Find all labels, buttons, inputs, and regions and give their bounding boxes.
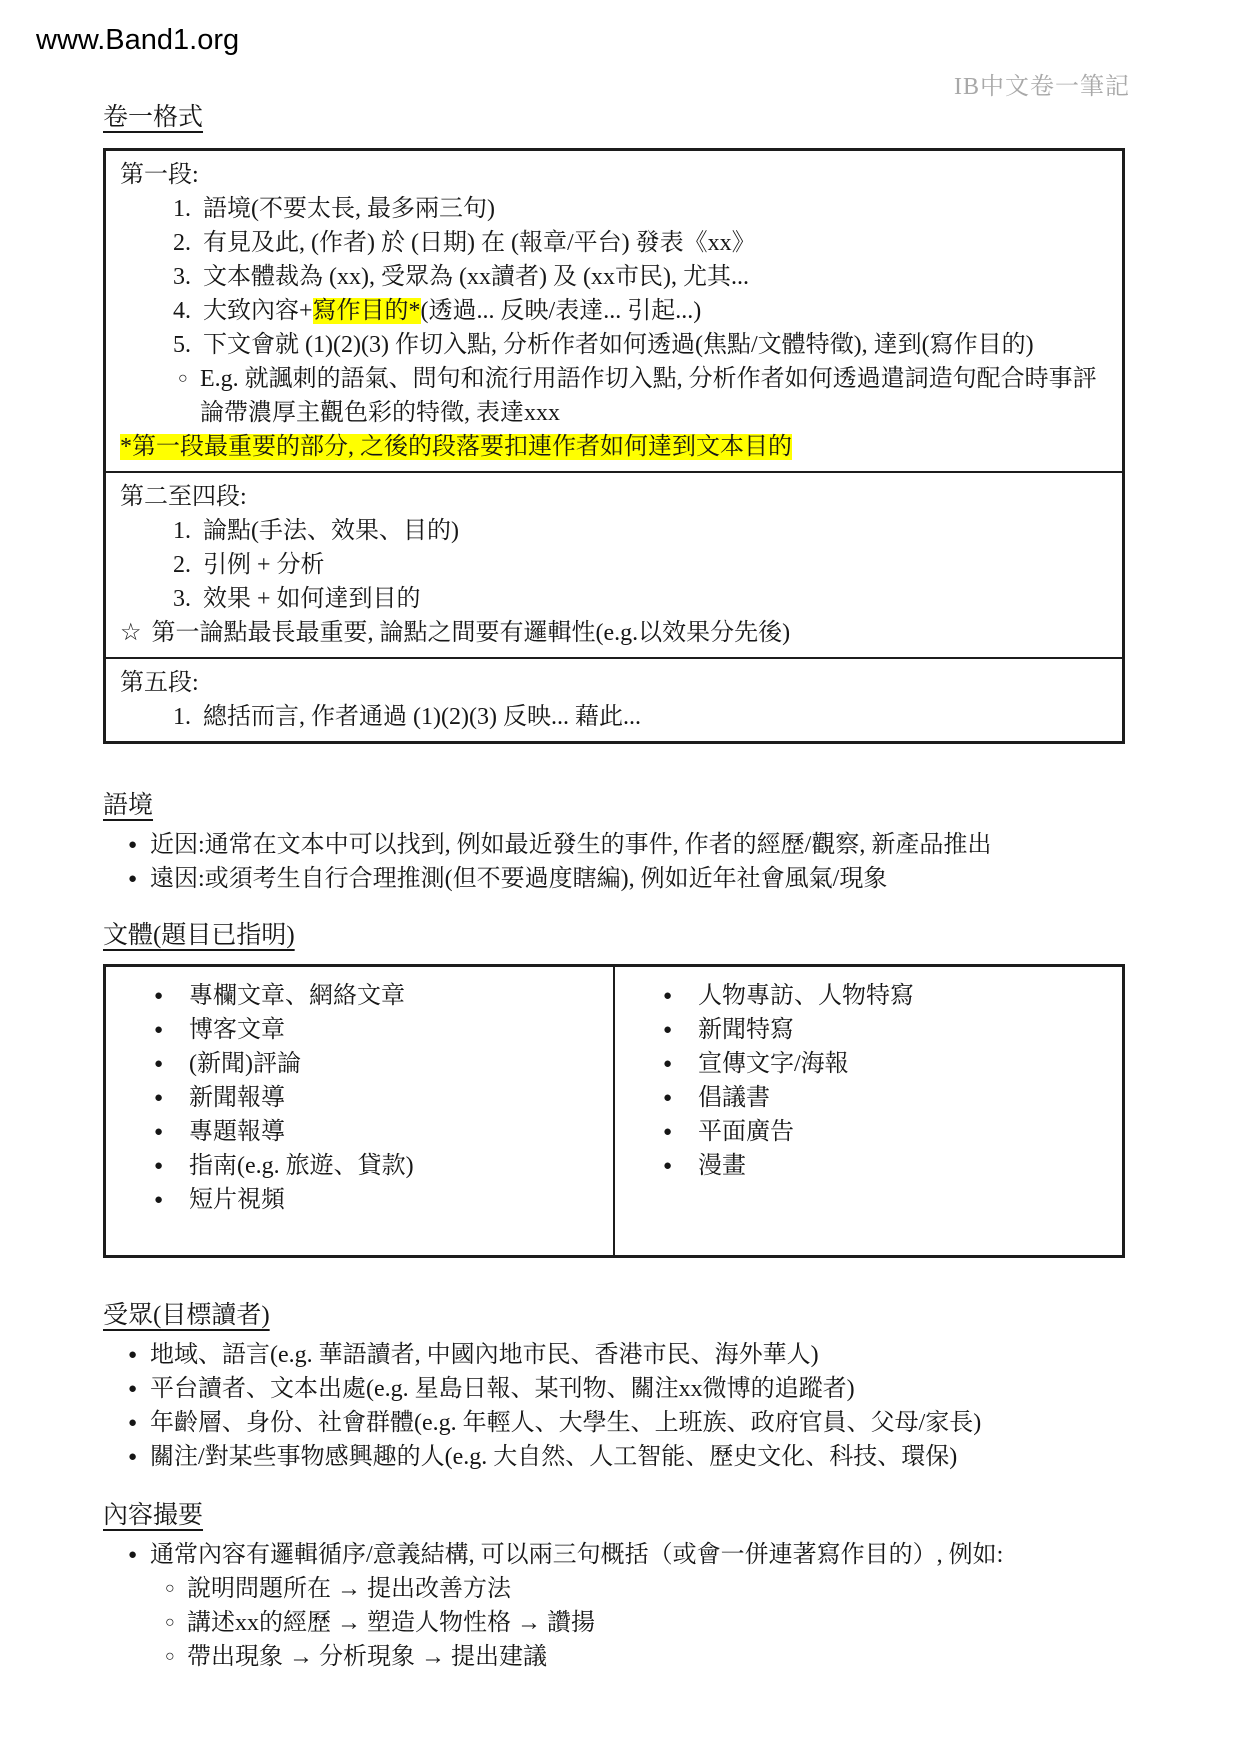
section-heading-format: 卷一格式 <box>103 100 203 135</box>
dot-bullet-icon <box>663 1047 698 1081</box>
document-page: www.Band1.org IB中文卷一筆記 卷一格式 第一段: 1. 語境(不… <box>0 0 1240 1754</box>
format-outline-boxes: 第一段: 1. 語境(不要太長, 最多兩三句) 2. 有見及此, (作者) 於 … <box>103 148 1125 744</box>
bullet-item: (新聞)評論 <box>106 1047 613 1081</box>
dot-bullet-icon <box>128 1440 150 1474</box>
list-item: 1. 語境(不要太長, 最多兩三句) <box>120 192 1108 226</box>
sub-bullet-item: 說明問題所在 → 提出改善方法 <box>103 1572 1125 1606</box>
bullet-text: 遠因:或須考生自行合理推測(但不要過度瞎編), 例如近年社會風氣/現象 <box>150 862 1125 896</box>
list-text-prefix: 大致內容+ <box>203 298 313 324</box>
bullet-text: 短片視頻 <box>189 1183 613 1217</box>
dot-bullet-icon <box>154 1013 189 1047</box>
list-number: 3. <box>173 260 203 294</box>
list-item: 3. 效果 + 如何達到目的 <box>120 582 1108 616</box>
sub-bullet-item: 講述xx的經歷 → 塑造人物性格 → 讚揚 <box>103 1606 1125 1640</box>
section-audience: 受眾(目標讀者) 地域、語言(e.g. 華語讀者, 中國內地市民、香港市民、海外… <box>103 1298 1125 1474</box>
dot-bullet-icon <box>128 862 150 896</box>
circle-bullet-icon <box>165 1572 187 1606</box>
dot-bullet-icon <box>663 1013 698 1047</box>
dot-bullet-icon <box>154 979 189 1013</box>
summary-bullet-list: 通常內容有邏輯循序/意義結構, 可以兩三句概括（或會一併連著寫作目的）, 例如:… <box>103 1538 1125 1674</box>
bullet-text: 平面廣告 <box>698 1115 1122 1149</box>
list-number: 1. <box>173 192 203 226</box>
genre-table: 專欄文章、網絡文章 博客文章 (新聞)評論 新聞報導 <box>103 964 1125 1258</box>
bullet-text: 倡議書 <box>698 1081 1122 1115</box>
bullet-text: 專題報導 <box>189 1115 613 1149</box>
dot-bullet-icon <box>128 828 150 862</box>
list-number: 3. <box>173 582 203 616</box>
star-note-line: ☆ 第一論點最長最重要, 論點之間要有邏輯性(e.g.以效果分先後) <box>120 616 1108 650</box>
bullet-text: 新聞報導 <box>189 1081 613 1115</box>
dot-bullet-icon <box>128 1338 150 1372</box>
dot-bullet-icon <box>128 1538 150 1572</box>
box-paragraph-1-title: 第一段: <box>120 158 1108 192</box>
doc-header-title: IB中文卷一筆記 <box>954 66 1130 101</box>
genre-table-left-column: 專欄文章、網絡文章 博客文章 (新聞)評論 新聞報導 <box>106 967 613 1255</box>
bullet-item: 博客文章 <box>106 1013 613 1047</box>
box-paragraph-5-title: 第五段: <box>120 666 1108 700</box>
box-paragraph-2to4: 第二至四段: 1. 論點(手法、效果、目的) 2. 引例 + 分析 3. 效果 … <box>106 471 1122 657</box>
example-sub-item: E.g. 就諷刺的語氣、問句和流行用語作切入點, 分析作者如何透過遣詞造句配合時… <box>120 362 1108 430</box>
bullet-text: 漫畫 <box>698 1149 1122 1183</box>
section-format: 卷一格式 第一段: 1. 語境(不要太長, 最多兩三句) 2. 有見及此, (作… <box>103 100 1125 744</box>
list-text: 總括而言, 作者通過 (1)(2)(3) 反映... 藉此... <box>203 700 1108 734</box>
context-bullet-list: 近因:通常在文本中可以找到, 例如最近發生的事件, 作者的經歷/觀察, 新產品推… <box>103 828 1125 896</box>
list-number: 2. <box>173 548 203 582</box>
bullet-text: 地域、語言(e.g. 華語讀者, 中國內地市民、香港市民、海外華人) <box>150 1338 1125 1372</box>
example-text: E.g. 就諷刺的語氣、問句和流行用語作切入點, 分析作者如何透過遣詞造句配合時… <box>200 362 1108 430</box>
dot-bullet-icon <box>154 1149 189 1183</box>
bullet-item: 宣傳文字/海報 <box>615 1047 1122 1081</box>
highlighted-phrase: 寫作目的* <box>313 298 421 324</box>
sub-bullet-text: 帶出現象 → 分析現象 → 提出建議 <box>187 1640 1125 1674</box>
list-text: 效果 + 如何達到目的 <box>203 582 1108 616</box>
sub-bullet-text: 講述xx的經歷 → 塑造人物性格 → 讚揚 <box>187 1606 1125 1640</box>
box-paragraph-1: 第一段: 1. 語境(不要太長, 最多兩三句) 2. 有見及此, (作者) 於 … <box>106 151 1122 471</box>
list-item: 5. 下文會就 (1)(2)(3) 作切入點, 分析作者如何透過(焦點/文體特徵… <box>120 328 1108 362</box>
box-paragraph-5: 第五段: 1. 總括而言, 作者通過 (1)(2)(3) 反映... 藉此... <box>106 657 1122 741</box>
bullet-text: 專欄文章、網絡文章 <box>189 979 613 1013</box>
audience-bullet-list: 地域、語言(e.g. 華語讀者, 中國內地市民、香港市民、海外華人) 平台讀者、… <box>103 1338 1125 1474</box>
bullet-text: (新聞)評論 <box>189 1047 613 1081</box>
genre-table-right-column: 人物專訪、人物特寫 新聞特寫 宣傳文字/海報 倡議書 <box>613 967 1122 1255</box>
circle-bullet-icon <box>165 1606 187 1640</box>
bullet-item: 人物專訪、人物特寫 <box>615 979 1122 1013</box>
star-note-text: 第一論點最長最重要, 論點之間要有邏輯性(e.g.以效果分先後) <box>152 616 791 650</box>
section-summary: 內容撮要 通常內容有邏輯循序/意義結構, 可以兩三句概括（或會一併連著寫作目的）… <box>103 1498 1125 1674</box>
bullet-item: 倡議書 <box>615 1081 1122 1115</box>
bullet-item: 近因:通常在文本中可以找到, 例如最近發生的事件, 作者的經歷/觀察, 新產品推… <box>103 828 1125 862</box>
bullet-item: 新聞報導 <box>106 1081 613 1115</box>
bullet-text: 通常內容有邏輯循序/意義結構, 可以兩三句概括（或會一併連著寫作目的）, 例如: <box>150 1538 1125 1572</box>
sub-bullet-item: 帶出現象 → 分析現象 → 提出建議 <box>103 1640 1125 1674</box>
site-watermark: www.Band1.org <box>36 24 239 57</box>
dot-bullet-icon <box>663 1081 698 1115</box>
dot-bullet-icon <box>663 979 698 1013</box>
bullet-item: 專欄文章、網絡文章 <box>106 979 613 1013</box>
list-text: 引例 + 分析 <box>203 548 1108 582</box>
bullet-text: 關注/對某些事物感興趣的人(e.g. 大自然、人工智能、歷史文化、科技、環保) <box>150 1440 1125 1474</box>
bullet-text: 年齡層、身份、社會群體(e.g. 年輕人、大學生、上班族、政府官員、父母/家長) <box>150 1406 1125 1440</box>
bullet-text: 宣傳文字/海報 <box>698 1047 1122 1081</box>
dot-bullet-icon <box>663 1115 698 1149</box>
list-item: 4. 大致內容+寫作目的*(透過... 反映/表達... 引起...) <box>120 294 1108 328</box>
bullet-text: 人物專訪、人物特寫 <box>698 979 1122 1013</box>
list-item: 1. 總括而言, 作者通過 (1)(2)(3) 反映... 藉此... <box>120 700 1108 734</box>
list-number: 1. <box>173 514 203 548</box>
bullet-item: 年齡層、身份、社會群體(e.g. 年輕人、大學生、上班族、政府官員、父母/家長) <box>103 1406 1125 1440</box>
dot-bullet-icon <box>128 1406 150 1440</box>
dot-bullet-icon <box>154 1081 189 1115</box>
dot-bullet-icon <box>128 1372 150 1406</box>
star-icon: ☆ <box>120 616 142 650</box>
highlighted-note: *第一段最重要的部分, 之後的段落要扣連作者如何達到文本目的 <box>120 434 792 460</box>
list-item: 2. 引例 + 分析 <box>120 548 1108 582</box>
section-heading-summary: 內容撮要 <box>103 1498 203 1533</box>
document-content: 卷一格式 第一段: 1. 語境(不要太長, 最多兩三句) 2. 有見及此, (作… <box>103 100 1125 1674</box>
bullet-text: 博客文章 <box>189 1013 613 1047</box>
dot-bullet-icon <box>663 1149 698 1183</box>
list-text: 有見及此, (作者) 於 (日期) 在 (報章/平台) 發表《xx》 <box>203 226 1108 260</box>
bullet-item: 專題報導 <box>106 1115 613 1149</box>
list-text: 論點(手法、效果、目的) <box>203 514 1108 548</box>
dot-bullet-icon <box>154 1115 189 1149</box>
bullet-text: 近因:通常在文本中可以找到, 例如最近發生的事件, 作者的經歷/觀察, 新產品推… <box>150 828 1125 862</box>
bullet-item: 遠因:或須考生自行合理推測(但不要過度瞎編), 例如近年社會風氣/現象 <box>103 862 1125 896</box>
list-number: 5. <box>173 328 203 362</box>
list-item: 2. 有見及此, (作者) 於 (日期) 在 (報章/平台) 發表《xx》 <box>120 226 1108 260</box>
section-context: 語境 近因:通常在文本中可以找到, 例如最近發生的事件, 作者的經歷/觀察, 新… <box>103 788 1125 896</box>
bullet-item: 地域、語言(e.g. 華語讀者, 中國內地市民、香港市民、海外華人) <box>103 1338 1125 1372</box>
list-number: 2. <box>173 226 203 260</box>
circle-bullet-icon <box>165 1640 187 1674</box>
bullet-item: 新聞特寫 <box>615 1013 1122 1047</box>
list-text: 大致內容+寫作目的*(透過... 反映/表達... 引起...) <box>203 294 1108 328</box>
bullet-item: 通常內容有邏輯循序/意義結構, 可以兩三句概括（或會一併連著寫作目的）, 例如: <box>103 1538 1125 1572</box>
list-text: 下文會就 (1)(2)(3) 作切入點, 分析作者如何透過(焦點/文體特徵), … <box>203 328 1108 362</box>
bullet-item: 關注/對某些事物感興趣的人(e.g. 大自然、人工智能、歷史文化、科技、環保) <box>103 1440 1125 1474</box>
list-text: 文本體裁為 (xx), 受眾為 (xx讀者) 及 (xx市民), 尤其... <box>203 260 1108 294</box>
list-item: 1. 論點(手法、效果、目的) <box>120 514 1108 548</box>
section-heading-context: 語境 <box>103 788 153 823</box>
section-heading-genre: 文體(題目已指明) <box>103 918 295 953</box>
box-paragraph-2to4-title: 第二至四段: <box>120 480 1108 514</box>
bullet-item: 短片視頻 <box>106 1183 613 1217</box>
section-heading-audience: 受眾(目標讀者) <box>103 1298 270 1333</box>
section-genre: 文體(題目已指明) 專欄文章、網絡文章 博客文章 (新聞)評論 <box>103 918 1125 1258</box>
highlighted-note-line: *第一段最重要的部分, 之後的段落要扣連作者如何達到文本目的 <box>120 430 1108 464</box>
list-number: 4. <box>173 294 203 328</box>
list-text: 語境(不要太長, 最多兩三句) <box>203 192 1108 226</box>
bullet-text: 新聞特寫 <box>698 1013 1122 1047</box>
bullet-item: 平台讀者、文本出處(e.g. 星島日報、某刊物、關注xx微博的追蹤者) <box>103 1372 1125 1406</box>
bullet-text: 指南(e.g. 旅遊、貸款) <box>189 1149 613 1183</box>
list-text-suffix: (透過... 反映/表達... 引起...) <box>421 298 702 324</box>
bullet-item: 平面廣告 <box>615 1115 1122 1149</box>
sub-bullet-text: 說明問題所在 → 提出改善方法 <box>187 1572 1125 1606</box>
list-item: 3. 文本體裁為 (xx), 受眾為 (xx讀者) 及 (xx市民), 尤其..… <box>120 260 1108 294</box>
dot-bullet-icon <box>154 1183 189 1217</box>
bullet-item: 指南(e.g. 旅遊、貸款) <box>106 1149 613 1183</box>
bullet-item: 漫畫 <box>615 1149 1122 1183</box>
dot-bullet-icon <box>154 1047 189 1081</box>
bullet-text: 平台讀者、文本出處(e.g. 星島日報、某刊物、關注xx微博的追蹤者) <box>150 1372 1125 1406</box>
list-number: 1. <box>173 700 203 734</box>
circle-bullet-icon <box>178 362 200 430</box>
